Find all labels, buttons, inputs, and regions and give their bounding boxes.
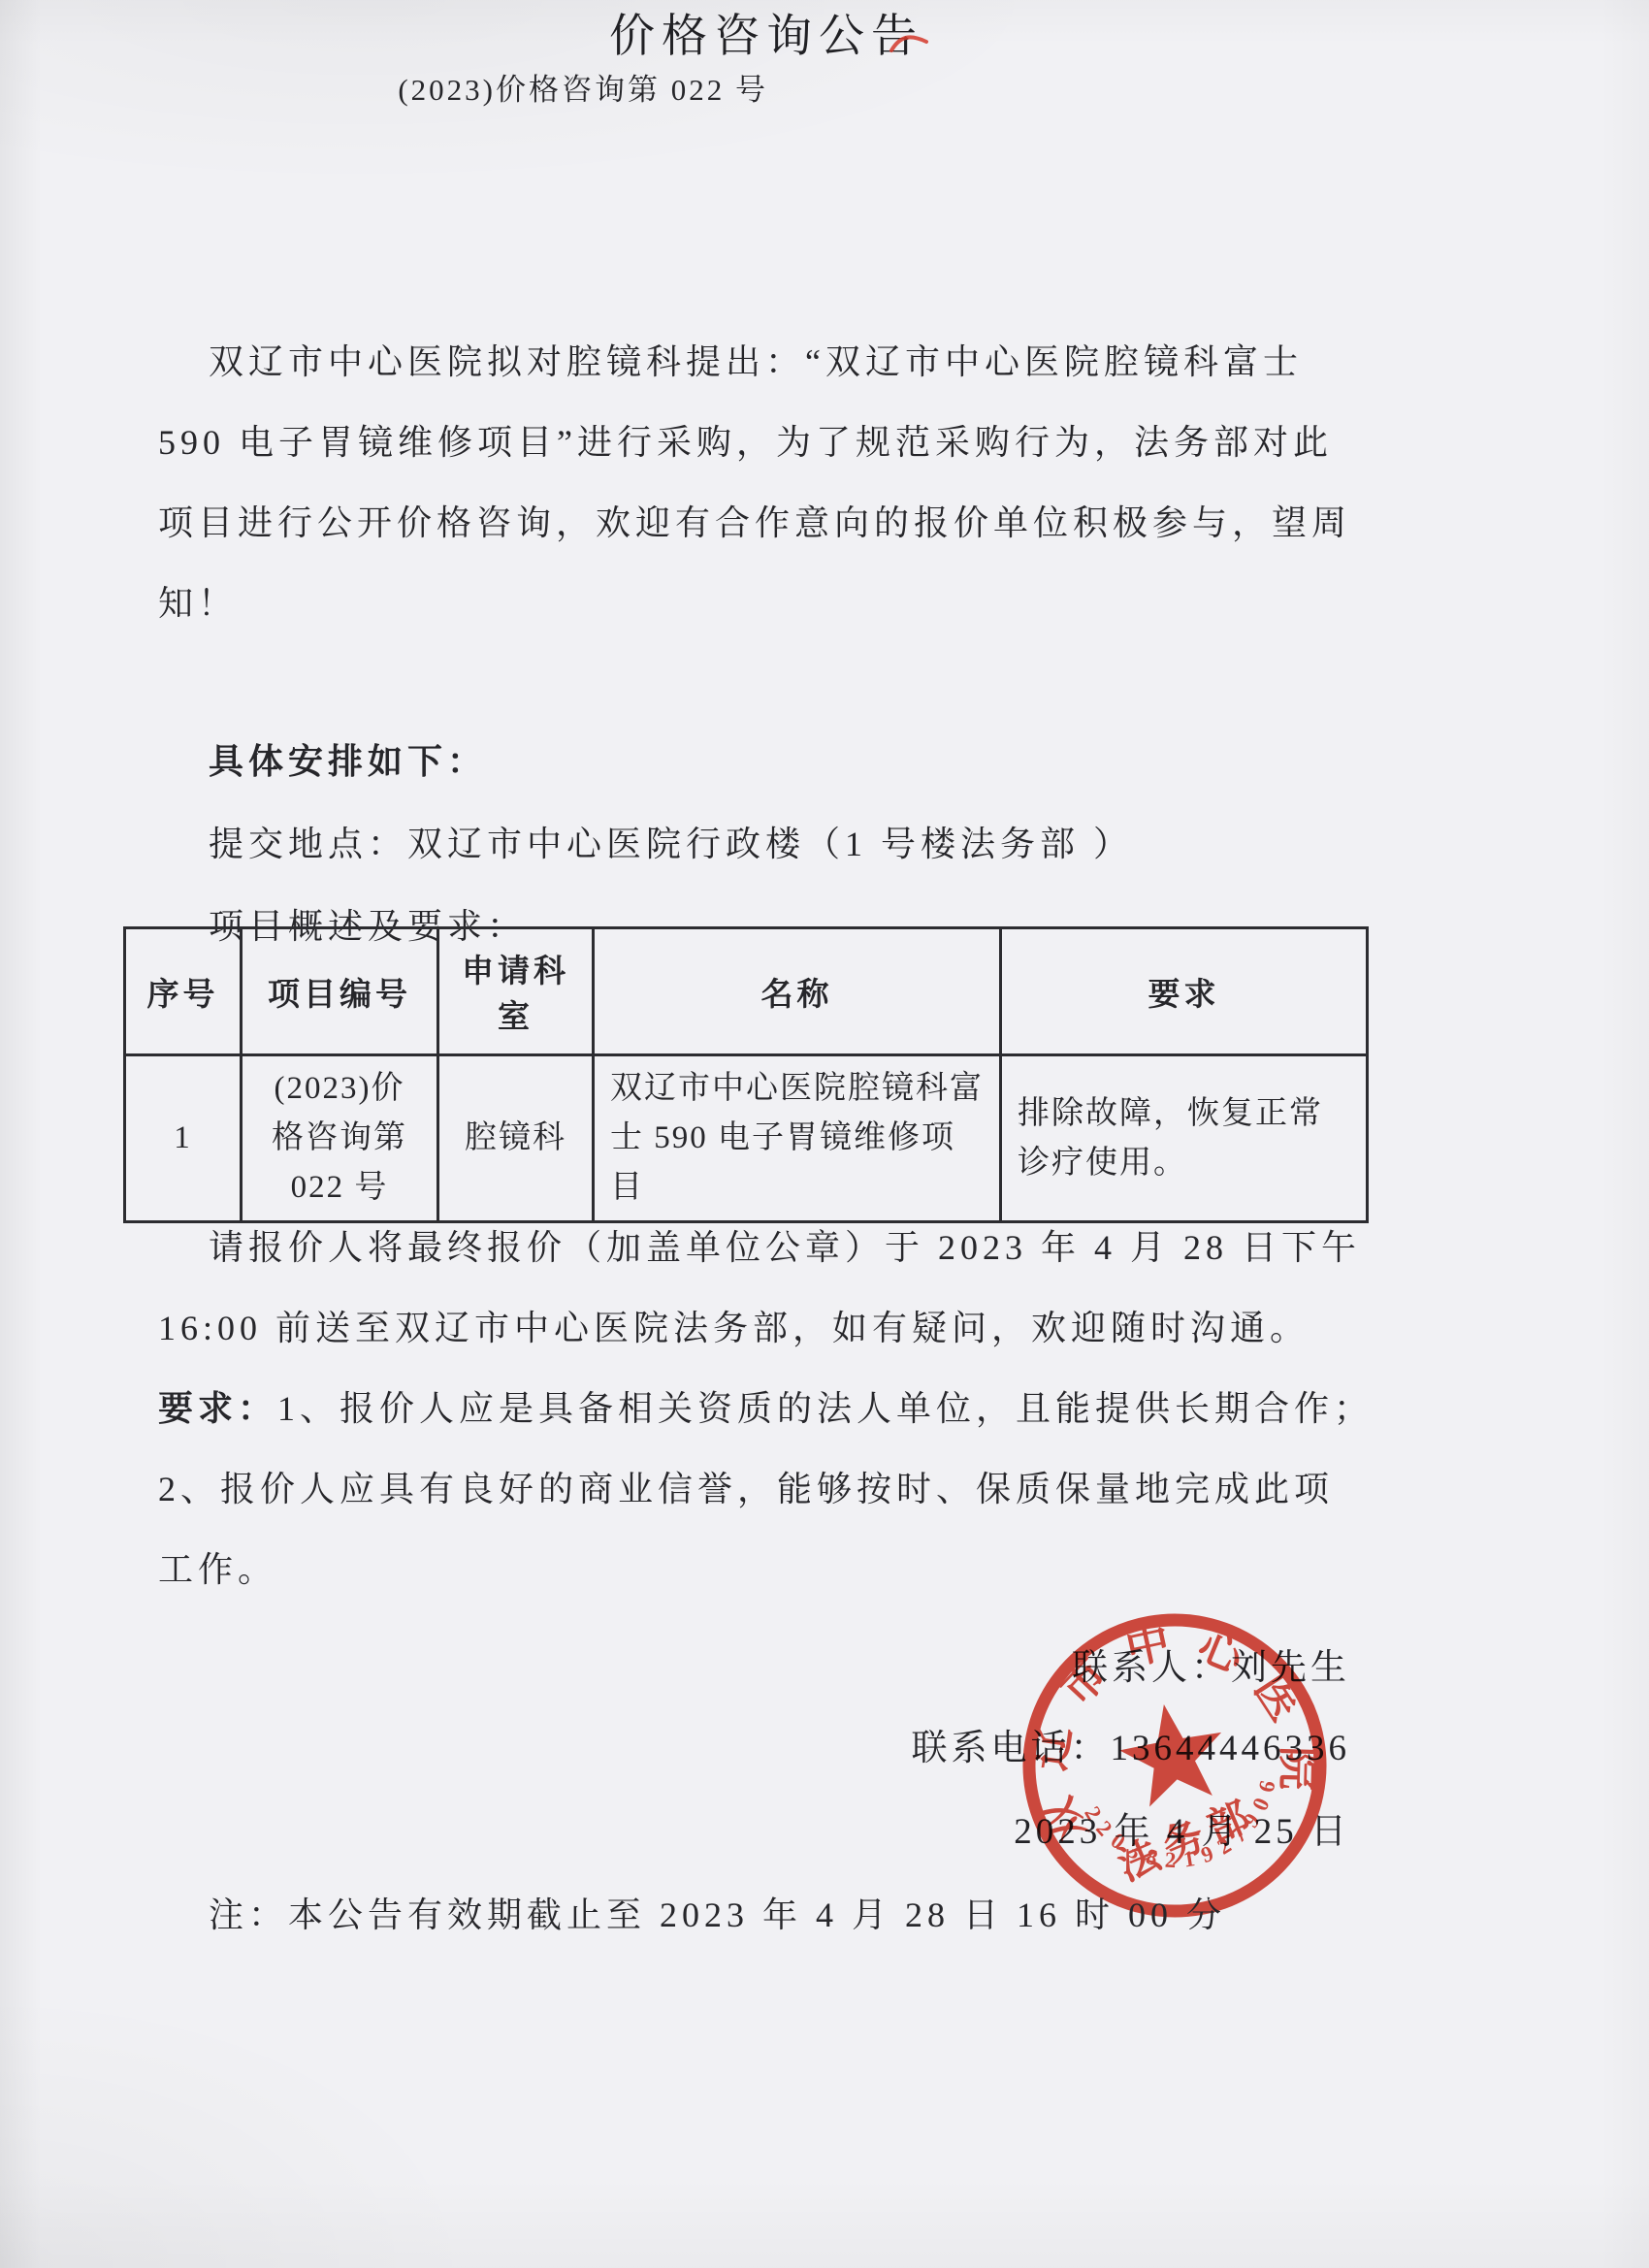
table-header-row: 序号 项目编号 申请科室 名称 要求 — [125, 928, 1368, 1055]
table-row: 1 (2023)价格咨询第 022 号 腔镜科 双辽市中心医院腔镜科富士 590… — [125, 1055, 1368, 1222]
requirements-line-2: 2、报价人应具有良好的商业信誉，能够按时、保质保量地完成此项 — [158, 1462, 1334, 1511]
header-seq: 序号 — [125, 928, 242, 1055]
seal-star-icon — [1113, 1696, 1232, 1810]
deadline-line-1: 请报价人将最终报价（加盖单位公章）于 2023 年 4 月 28 日下午 — [158, 1220, 1361, 1270]
cell-seq: 1 — [125, 1055, 242, 1222]
cell-requirement: 排除故障，恢复正常诊疗使用。 — [1001, 1055, 1368, 1222]
validity-note-line: 注：本公告有效期截止至 2023 年 4 月 28 日 16 时 00 分 — [209, 1888, 1226, 1937]
requirements-line-3: 工作。 — [158, 1542, 277, 1592]
intro-line-1: 双辽市中心医院拟对腔镜科提出：“双辽市中心医院腔镜科富士 — [158, 335, 1303, 384]
cell-project-no: (2023)价格咨询第 022 号 — [242, 1055, 438, 1222]
red-pen-mark — [889, 31, 929, 56]
header-requirement: 要求 — [1001, 928, 1368, 1055]
intro-line-2: 590 电子胃镜维修项目”进行采购，为了规范采购行为，法务部对此 — [158, 415, 1333, 465]
requirements-item1: 1、报价人应是具备相关资质的法人单位，且能提供长期合作； — [277, 1389, 1374, 1428]
intro-line-3: 项目进行公开价格咨询，欢迎有合作意向的报价单位积极参与，望周 — [158, 496, 1351, 545]
header-department: 申请科室 — [438, 928, 594, 1055]
intro-line-4: 知！ — [158, 576, 238, 626]
document-title: 价格咨询公告 — [0, 0, 1533, 65]
scanned-document-page: 价格咨询公告 (2023)价格咨询第 022 号 双辽市中心医院拟对腔镜科提出：… — [0, 0, 1649, 2268]
header-project-no: 项目编号 — [242, 928, 438, 1055]
cell-name: 双辽市中心医院腔镜科富士 590 电子胃镜维修项目 — [594, 1055, 1001, 1222]
cell-department: 腔镜科 — [438, 1055, 594, 1222]
requirements-label: 要求： — [158, 1389, 277, 1428]
submit-location-line: 提交地点：双辽市中心医院行政楼（1 号楼法务部 ） — [209, 817, 1133, 866]
project-table: 序号 项目编号 申请科室 名称 要求 1 (2023)价格咨询第 022 号 腔… — [123, 926, 1369, 1223]
header-name: 名称 — [594, 928, 1001, 1055]
schedule-heading: 具体安排如下： — [209, 734, 487, 784]
document-number: (2023)价格咨询第 022 号 — [0, 65, 768, 109]
deadline-line-2: 16:00 前送至双辽市中心医院法务部，如有疑问，欢迎随时沟通。 — [158, 1301, 1309, 1350]
requirements-line-1: 要求：1、报价人应是具备相关资质的法人单位，且能提供长期合作； — [158, 1381, 1374, 1431]
